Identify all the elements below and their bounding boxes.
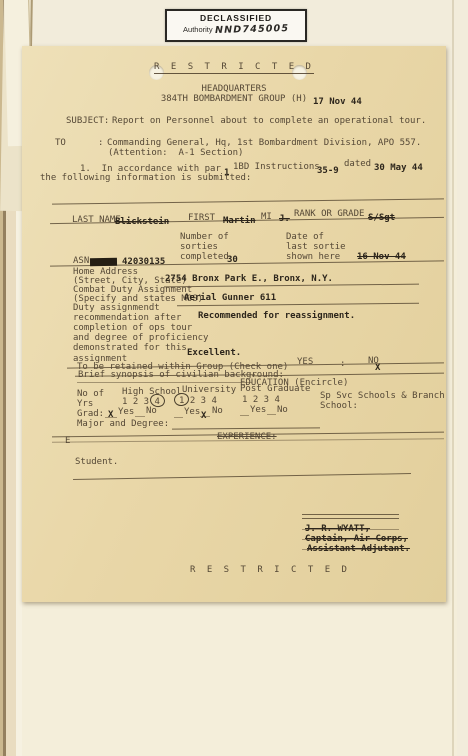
edu-pg-yes: Yes (250, 406, 266, 415)
edu-univ-years-post: 2 3 4 (184, 396, 217, 406)
edu-pg-no-line (267, 414, 276, 415)
duty-line-5: demonstrated for this (73, 344, 187, 353)
duty-recommendation: Recommended for reassignment. (198, 312, 355, 321)
edu-hs-no-line (135, 416, 145, 417)
stamp-title: DECLASSIFIED (167, 13, 305, 23)
declassified-stamp: DECLASSIFIED Authority NND745005 (165, 9, 307, 42)
to-label: TO (55, 139, 66, 148)
instruction-date: 30 May 44 (374, 164, 423, 173)
first-name-value: Martin (223, 217, 256, 226)
to-text: Commanding General, Hq, 1st Bombardment … (107, 139, 421, 148)
instruction-number: 35-9 (317, 167, 339, 176)
edu-spsvc-line2: School: (320, 402, 358, 411)
edu-pg-label: Post Graduate (240, 385, 310, 394)
mi-label: MI (261, 213, 272, 222)
duty-line-2: recommendation after (73, 314, 181, 323)
asn-label: ASN (73, 257, 89, 266)
edu-univ-yes: Yes (184, 408, 200, 417)
duty-line-4: and degree of proficiency (73, 334, 208, 343)
signature-strike-2 (302, 539, 399, 540)
scanned-document-photo: DECLASSIFIED Authority NND745005 R E S T… (0, 0, 468, 756)
edu-row1-label: No of (77, 390, 104, 399)
edu-univ-yes-line (174, 417, 183, 418)
synopsis-underline (77, 382, 252, 383)
edu-hs-no: No (146, 407, 157, 416)
signature-strike-1 (302, 529, 399, 530)
combat-rule (177, 303, 419, 307)
sorties-note-1: Number of (180, 233, 229, 242)
subject-label: SUBJECT: (66, 117, 109, 126)
last-sortie-date-value: 16 Nov 44 (357, 253, 406, 262)
major-label: Major and Degree: (77, 420, 169, 429)
edu-row3-label: Grad: (77, 410, 104, 419)
retain-no-mark: X (375, 364, 380, 373)
attention-line: (Attention: A-1 Section) (108, 149, 243, 158)
stamp-authority-label: Authority (183, 25, 213, 34)
rank-value: S/Sgt (368, 214, 395, 223)
home-address-rule (164, 284, 419, 288)
last-sortie-note-3: shown here (286, 253, 340, 262)
edu-univ-no-line (200, 416, 210, 417)
edu-spsvc-line1: Sp Svc Schools & Branch (320, 392, 445, 401)
page-crease (452, 0, 454, 756)
subject-text: Report on Personnel about to complete an… (112, 117, 426, 126)
classification-bottom: R E S T R I C T E D (190, 566, 350, 575)
duty-line-3: completion of ops tour (73, 324, 192, 333)
experience-value: Student. (75, 458, 118, 467)
last-sortie-note-1: Date of (286, 233, 324, 242)
stamp-authority: Authority NND745005 (167, 24, 305, 35)
edu-pg-no: No (277, 406, 288, 415)
experience-bottom-rule (73, 473, 411, 480)
edu-univ-no: No (212, 407, 223, 416)
to-separator: : (98, 139, 103, 148)
sorties-completed-value: 30 (227, 256, 238, 265)
last-name-value: Blickstein (115, 218, 169, 227)
edu-univ-label: University (182, 386, 236, 395)
rank-label: RANK OR GRADE (294, 210, 364, 219)
classification-top: R E S T R I C T E D (22, 63, 446, 72)
retain-yes: YES (297, 358, 313, 367)
dated-word: dated (344, 160, 371, 169)
redacted-block (90, 258, 117, 266)
asn-value: 42030135 (122, 258, 165, 267)
unit-line: 384TH BOMBARDMENT GROUP (H) (22, 95, 446, 104)
edu-row2-label: Yrs (77, 400, 93, 409)
letter-date: 17 Nov 44 (313, 98, 362, 107)
signature-rule-1 (302, 514, 399, 515)
last-name-label: LAST NAME (72, 216, 121, 225)
form-rule (52, 198, 444, 204)
edu-pg-years: 1 2 3 4 (242, 396, 280, 405)
edu-pg-yes-line (240, 415, 249, 416)
sorties-note-2: sorties (180, 243, 218, 252)
classification-top-text: R E S T R I C T E D (154, 62, 314, 74)
para1-mid: 1BD Instructions (233, 163, 320, 172)
signature-strike-3 (302, 549, 399, 550)
sorties-note-3: completed (180, 253, 229, 262)
retain-separator: : (340, 360, 345, 369)
experience-title: EXPERIENCE: (217, 433, 277, 442)
home-address-value: 2754 Bronx Park E., Bronx, N.Y. (165, 275, 333, 284)
document-sheet: R E S T R I C T E D HEADQUARTERS 384TH B… (22, 46, 446, 602)
headquarters-line: HEADQUARTERS (22, 85, 446, 94)
para1-line2: the following information is submitted: (40, 174, 251, 183)
edu-hs-yes: Yes (118, 408, 134, 417)
edu-hs-yes-line (105, 417, 117, 418)
first-name-label: FIRST (188, 214, 215, 223)
combat-value: Aerial Gunner 611 (184, 294, 276, 303)
proficiency-value: Excellent. (187, 349, 241, 358)
mi-value: J. (279, 215, 290, 224)
major-underline (172, 427, 320, 429)
duty-line-1: Duty assignmendt (73, 304, 160, 313)
stamp-authority-number: NND745005 (215, 23, 290, 36)
experience-e: E (65, 437, 70, 446)
signature-rule-2 (302, 518, 399, 519)
last-sortie-note-2: last sortie (286, 243, 346, 252)
